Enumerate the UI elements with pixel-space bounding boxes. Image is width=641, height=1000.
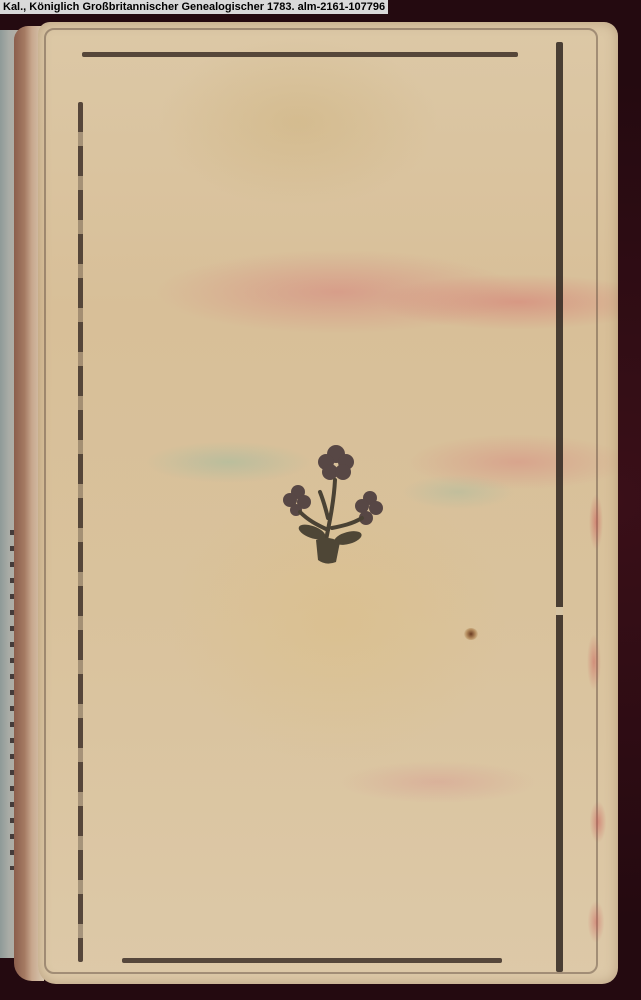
rule-right xyxy=(556,42,563,972)
rule-top xyxy=(82,52,518,57)
rule-left xyxy=(78,102,83,962)
flower-stamp-icon xyxy=(280,440,390,570)
rule-right-gap xyxy=(556,607,563,615)
stain-spot xyxy=(464,628,478,640)
red-stains xyxy=(576,402,612,962)
image-caption: Kal., Königlich Großbritannischer Geneal… xyxy=(0,0,388,14)
rule-bottom xyxy=(122,958,502,963)
